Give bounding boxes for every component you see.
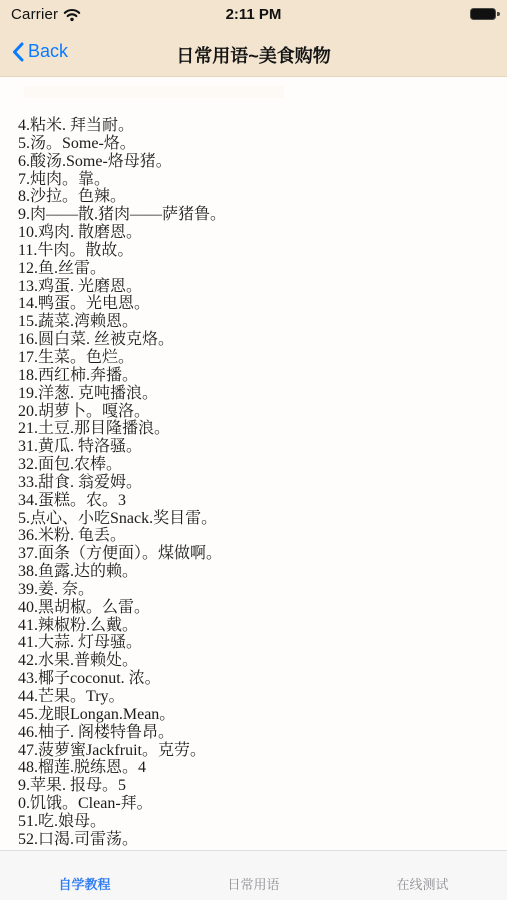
list-item: 11.牛肉。散故。 <box>18 242 501 260</box>
list-item: 34.蛋糕。农。3 <box>18 492 501 510</box>
list-item: 42.水果.普赖处。 <box>18 652 501 670</box>
list-item: 6.酸汤.Some-烙母猪。 <box>18 153 501 171</box>
list-item: 8.沙拉。色辣。 <box>18 188 501 206</box>
list-item: 5.点心、小吃Snack.奖目雷。 <box>18 510 501 528</box>
page-title: 日常用语~美食购物 <box>0 42 507 68</box>
list-item: 20.胡萝卜。嘎洛。 <box>18 403 501 421</box>
list-item: 15.蔬菜.湾赖恩。 <box>18 313 501 331</box>
wifi-icon <box>63 8 81 22</box>
list-item: 36.米粉. 龟丢。 <box>18 527 501 545</box>
list-item: 4.粘米. 拜当耐。 <box>18 117 501 135</box>
list-item: 13.鸡蛋. 光磨恩。 <box>18 278 501 296</box>
list-item: 9.肉——散.猪肉——萨猪鲁。 <box>18 206 501 224</box>
list-item: 32.面包.农棒。 <box>18 456 501 474</box>
header: Carrier 2:11 PM Back 日常用语~美食购物 <box>0 0 507 77</box>
carrier-label: Carrier <box>11 6 58 23</box>
list-item: 7.炖肉。靠。 <box>18 171 501 189</box>
list-item: 51.吃.娘母。 <box>18 813 501 831</box>
list-item: 21.土豆.那目隆播浪。 <box>18 420 501 438</box>
list-item: 0.饥饿。Clean-拜。 <box>18 795 501 813</box>
list-item: 10.鸡肉. 散磨恩。 <box>18 224 501 242</box>
list-item: 44.芒果。Try。 <box>18 688 501 706</box>
list-item: 37.面条（方便面）。煤做啊。 <box>18 545 501 563</box>
list-item: 17.生菜。色烂。 <box>18 349 501 367</box>
phrase-list: 4.粘米. 拜当耐。5.汤。Some-烙。6.酸汤.Some-烙母猪。7.炖肉。… <box>18 117 501 849</box>
content-scroll-area[interactable]: 4.粘米. 拜当耐。5.汤。Some-烙。6.酸汤.Some-烙母猪。7.炖肉。… <box>0 78 507 850</box>
tab-online-test[interactable]: 在线测试 <box>338 874 507 900</box>
list-item: 39.姜. 奈。 <box>18 581 501 599</box>
list-item: 33.甜食. 翁爱姆。 <box>18 474 501 492</box>
list-item: 45.龙眼Longan.Mean。 <box>18 706 501 724</box>
list-item: 48.榴莲.脱练恩。4 <box>18 759 501 777</box>
tab-bar: 自学教程 日常用语 在线测试 <box>0 850 507 900</box>
list-item: 16.圆白菜. 丝被克烙。 <box>18 331 501 349</box>
list-item: 12.鱼.丝雷。 <box>18 260 501 278</box>
tab-self-study[interactable]: 自学教程 <box>0 874 169 900</box>
list-item: 9.苹果. 报母。5 <box>18 777 501 795</box>
list-item: 19.洋葱. 克吨播浪。 <box>18 385 501 403</box>
list-item: 46.柚子. 阁楼特鲁昂。 <box>18 724 501 742</box>
list-item: 18.西红柿.奔播。 <box>18 367 501 385</box>
app-screen: Carrier 2:11 PM Back 日常用语~美食购物 4.粘米. <box>0 0 507 900</box>
clock: 2:11 PM <box>226 6 282 23</box>
list-item: 38.鱼露.达的赖。 <box>18 563 501 581</box>
list-item: 43.椰子coconut. 浓。 <box>18 670 501 688</box>
list-item: 41.辣椒粉.么戴。 <box>18 617 501 635</box>
nav-bar: Back 日常用语~美食购物 <box>0 28 507 77</box>
list-item: 5.汤。Some-烙。 <box>18 135 501 153</box>
faded-placeholder <box>24 86 284 98</box>
status-left: Carrier <box>11 6 81 23</box>
list-item: 47.菠萝蜜Jackfruit。克劳。 <box>18 742 501 760</box>
battery-full-icon <box>470 8 496 20</box>
tab-daily-phrases[interactable]: 日常用语 <box>169 874 338 900</box>
list-item: 40.黑胡椒。么雷。 <box>18 599 501 617</box>
list-item: 31.黄瓜. 特洛骚。 <box>18 438 501 456</box>
list-item: 52.口渴.司雷荡。 <box>18 831 501 849</box>
status-bar: Carrier 2:11 PM <box>0 0 507 28</box>
list-item: 41.大蒜. 灯母骚。 <box>18 634 501 652</box>
list-item: 14.鸭蛋。光电恩。 <box>18 295 501 313</box>
